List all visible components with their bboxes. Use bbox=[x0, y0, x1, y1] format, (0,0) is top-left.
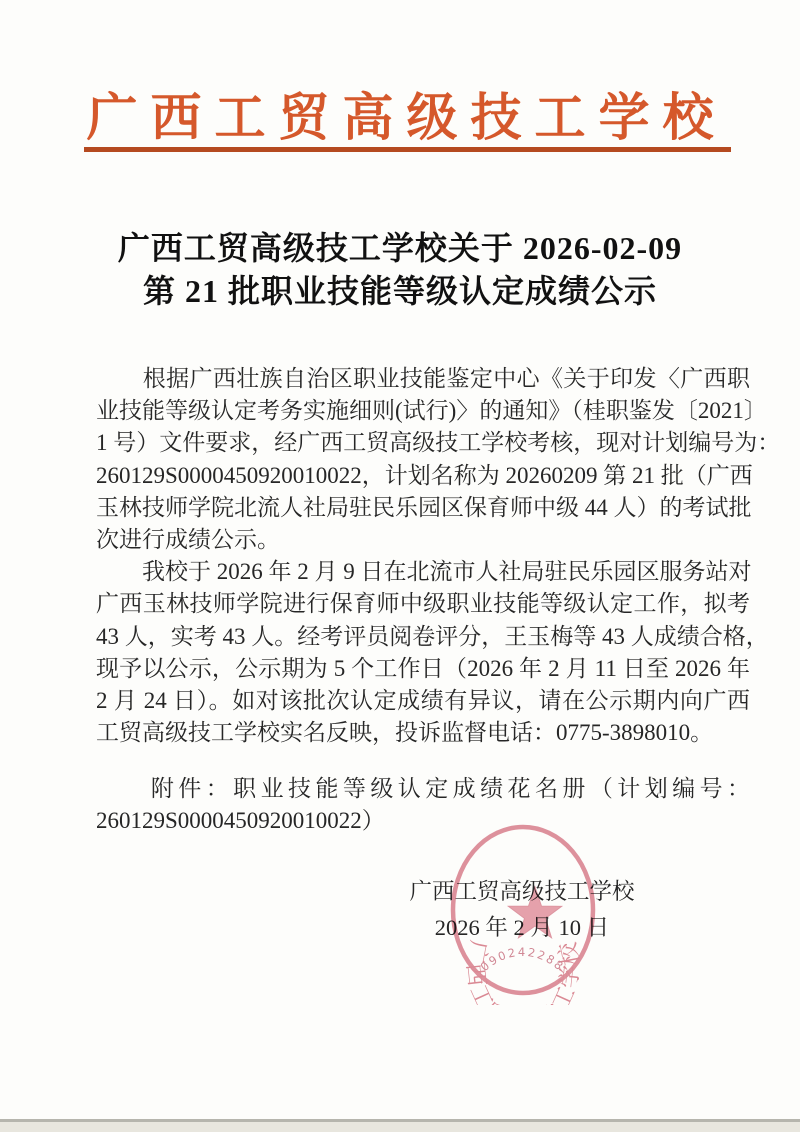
scanned-document-page: 广西工贸高级技工学校 广西工贸高级技工学校关于 2026-02-09 第 21 … bbox=[0, 0, 800, 1132]
paragraph-1: 根据广西壮族自治区职业技能鉴定中心《关于印发〈广西职业技能等级认定考务实施细则(… bbox=[96, 363, 750, 556]
notice-title-line1: 广西工贸高级技工学校关于 2026-02-09 bbox=[0, 227, 800, 270]
attachment-note: 附件：职业技能等级认定成绩花名册（计划编号：260129S00004509200… bbox=[96, 773, 750, 837]
masthead-rule bbox=[84, 147, 731, 152]
seal-star-icon bbox=[508, 887, 561, 938]
notice-title-line2: 第 21 批职业技能等级认定成绩公示 bbox=[0, 270, 800, 313]
text-line: 1 号）文件要求，经广西工贸高级技工学校考核，现对计划编号为： bbox=[96, 427, 750, 459]
notice-body: 根据广西壮族自治区职业技能鉴定中心《关于印发〈广西职业技能等级认定考务实施细则(… bbox=[96, 363, 750, 749]
text-line: 工贸高级技工学校实名反映，投诉监督电话：0775-3898010。 bbox=[96, 717, 750, 749]
text-line: 广西玉林技师学院进行保育师中级职业技能等级认定工作，拟考 bbox=[96, 588, 750, 620]
text-line: 根据广西壮族自治区职业技能鉴定中心《关于印发〈广西职 bbox=[96, 363, 750, 395]
text-line: 业技能等级认定考务实施细则(试行)〉的通知》（桂职鉴发〔2021〕 bbox=[96, 395, 750, 427]
text-line: 附件：职业技能等级认定成绩花名册（计划编号： bbox=[96, 773, 750, 805]
text-line: 现予以公示，公示期为 5 个工作日（2026 年 2 月 11 日至 2026 … bbox=[96, 653, 750, 685]
scan-edge-shadow bbox=[0, 1122, 800, 1132]
official-seal: 广西工贸高级技工学校 4509024228878 bbox=[440, 815, 610, 1005]
text-line: 玉林技师学院北流人社局驻民乐园区保育师中级 44 人）的考试批 bbox=[96, 492, 750, 524]
paragraph-2: 我校于 2026 年 2 月 9 日在北流市人社局驻民乐园区服务站对广西玉林技师… bbox=[96, 556, 750, 749]
text-line: 次进行成绩公示。 bbox=[96, 524, 750, 556]
text-line: 我校于 2026 年 2 月 9 日在北流市人社局驻民乐园区服务站对 bbox=[96, 556, 750, 588]
text-line: 43 人，实考 43 人。经考评员阅卷评分，王玉梅等 43 人成绩合格， bbox=[96, 621, 750, 653]
masthead-school-name: 广西工贸高级技工学校 bbox=[0, 88, 800, 150]
text-line: 2 月 24 日）。如对该批次认定成绩有异议，请在公示期内向广西 bbox=[96, 685, 750, 717]
notice-title: 广西工贸高级技工学校关于 2026-02-09 第 21 批职业技能等级认定成绩… bbox=[0, 227, 800, 313]
text-line: 260129S0000450920010022） bbox=[96, 805, 750, 837]
text-line: 260129S0000450920010022，计划名称为 20260209 第… bbox=[96, 460, 750, 492]
